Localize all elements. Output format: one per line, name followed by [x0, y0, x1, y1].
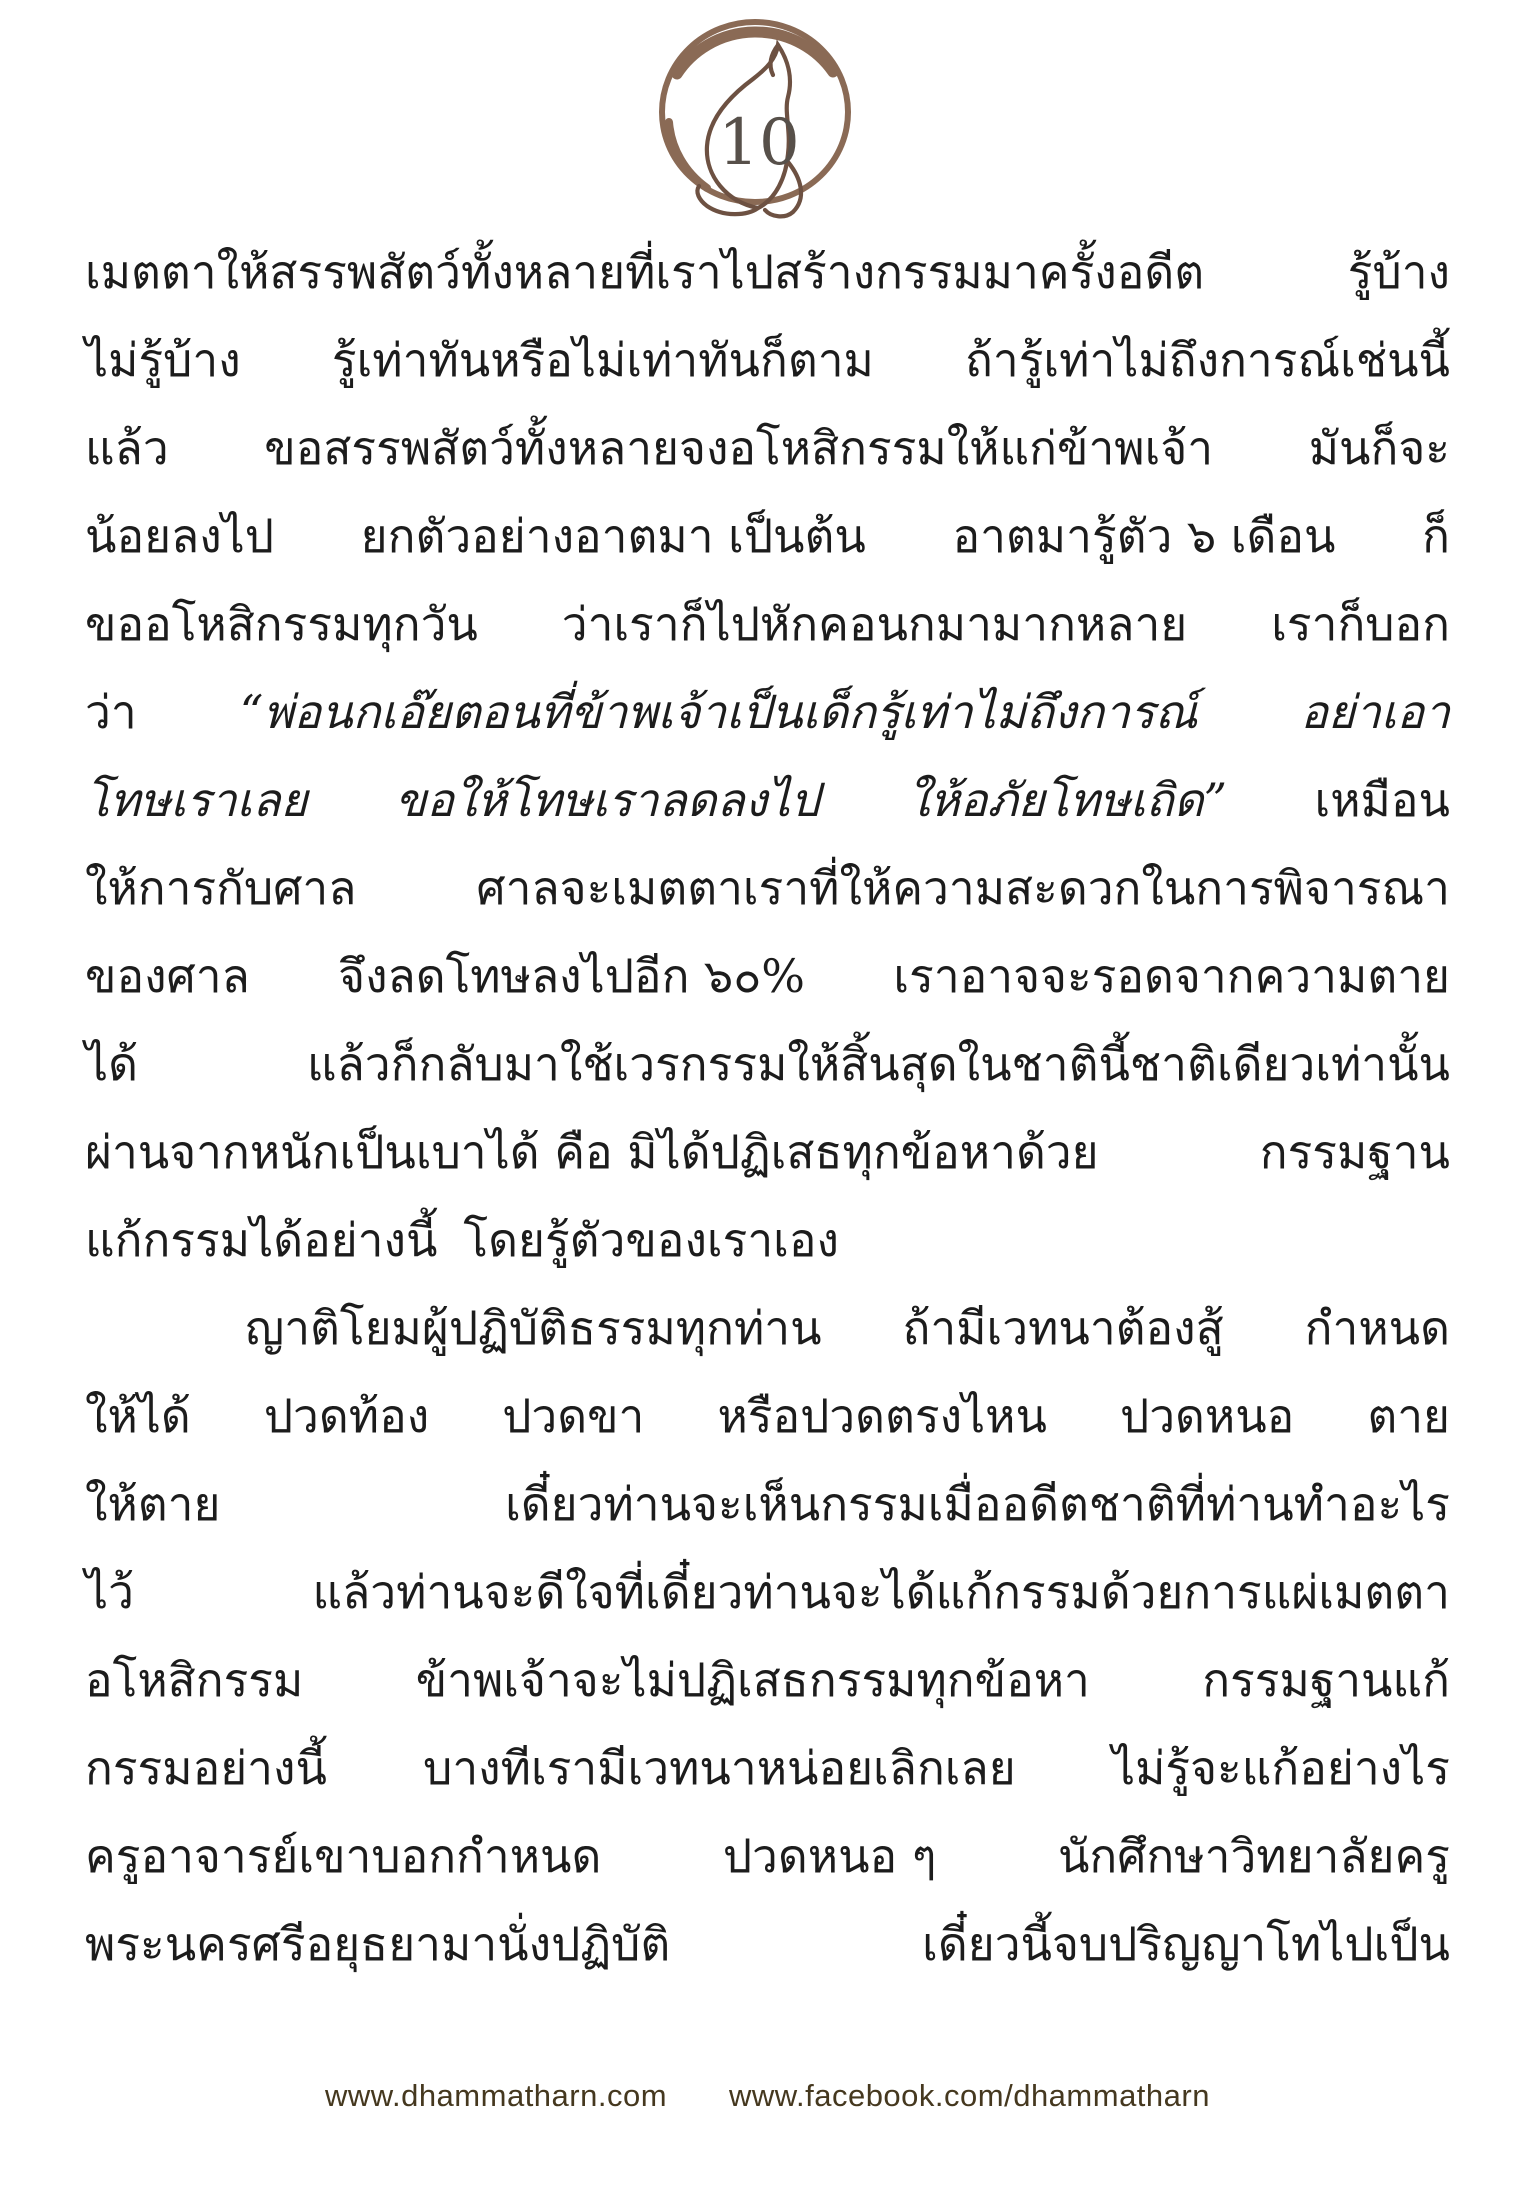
- text-phrase: ให้ตาย: [85, 1460, 220, 1548]
- chapter-logo: 10: [655, 12, 860, 224]
- text-phrase: ปวดหนอ: [1120, 1372, 1294, 1460]
- book-page: 10 เมตตาให้สรรพสัตว์ทั้งหลายที่เราไปสร้า…: [0, 0, 1535, 2185]
- text-phrase: ปวดท้อง: [264, 1372, 429, 1460]
- text-line: ของศาลจึงลดโทษลงไปอีก ๖๐%เราอาจจะรอดจากค…: [85, 932, 1450, 1020]
- text-phrase: อย่าเอา: [1300, 668, 1450, 756]
- text-phrase: เดี๋ยวท่านจะเห็นกรรมเมื่ออดีตชาติที่ท่าน…: [505, 1460, 1450, 1548]
- leaf-circle-icon: 10: [655, 12, 860, 224]
- text-phrase: เราก็บอก: [1271, 580, 1450, 668]
- text-phrase: ว่า: [85, 668, 137, 756]
- text-line: แก้กรรมได้อย่างนี้โดยรู้ตัวของเราเอง: [85, 1196, 1450, 1284]
- text-phrase: ไม่รู้บ้าง: [85, 316, 241, 404]
- text-line: น้อยลงไปยกตัวอย่างอาตมา เป็นต้นอาตมารู้ต…: [85, 492, 1450, 580]
- text-line: โทษเราเลยขอให้โทษเราลดลงไปให้อภัยโทษเถิด…: [85, 756, 1450, 844]
- footer: www.dhammatharn.com www.facebook.com/dha…: [0, 2078, 1535, 2114]
- text-phrase: ตาย: [1367, 1372, 1450, 1460]
- text-line: อโหสิกรรมข้าพเจ้าจะไม่ปฏิเสธกรรมทุกข้อหา…: [85, 1636, 1450, 1724]
- facebook-url: www.facebook.com/dhammatharn: [729, 2078, 1210, 2114]
- text-phrase: ขออโหสิกรรมทุกวัน: [85, 580, 478, 668]
- text-line: แล้วขอสรรพสัตว์ทั้งหลายจงอโหสิกรรมให้แก่…: [85, 404, 1450, 492]
- text-phrase: กรรมฐานแก้: [1202, 1636, 1450, 1724]
- text-phrase: แล้ว: [85, 404, 169, 492]
- text-phrase: ของศาล: [85, 932, 250, 1020]
- text-phrase: กำหนด: [1305, 1284, 1450, 1372]
- text-line: ครูอาจารย์เขาบอกกำหนดปวดหนอ ๆนักศึกษาวิท…: [85, 1812, 1450, 1900]
- text-phrase: ขอให้โทษเราลดลงไป: [395, 756, 820, 844]
- text-phrase: แล้วท่านจะดีใจที่เดี๋ยวท่านจะได้แก้กรรมด…: [312, 1548, 1450, 1636]
- page-number: 10: [718, 106, 799, 180]
- text-line: ญาติโยมผู้ปฏิบัติธรรมทุกท่านถ้ามีเวทนาต้…: [85, 1284, 1450, 1372]
- text-phrase: เหมือน: [1315, 756, 1450, 844]
- text-phrase: ให้การกับศาล: [85, 844, 356, 932]
- text-line: ไม่รู้บ้างรู้เท่าทันหรือไม่เท่าทันก็ตามถ…: [85, 316, 1450, 404]
- text-phrase: “พ่อนกเอ๊ยตอนที่ข้าพเจ้าเป็นเด็กรู้เท่าไ…: [240, 668, 1198, 756]
- text-line: ว่า“พ่อนกเอ๊ยตอนที่ข้าพเจ้าเป็นเด็กรู้เท…: [85, 668, 1450, 756]
- text-line: ไว้แล้วท่านจะดีใจที่เดี๋ยวท่านจะได้แก้กร…: [85, 1548, 1450, 1636]
- text-phrase: ให้อภัยโทษเถิด”: [907, 756, 1227, 844]
- text-line: ผ่านจากหนักเป็นเบาได้ คือ มิได้ปฏิเสธทุก…: [85, 1108, 1450, 1196]
- text-phrase: กรรมอย่างนี้: [85, 1724, 327, 1812]
- text-phrase: แล้วก็กลับมาใช้เวรกรรมให้สิ้นสุดในชาตินี…: [307, 1020, 1450, 1108]
- text-line: พระนครศรีอยุธยามานั่งปฏิบัติเดี๋ยวนี้จบป…: [85, 1900, 1450, 1988]
- text-phrase: อโหสิกรรม: [85, 1636, 303, 1724]
- body-text: เมตตาให้สรรพสัตว์ทั้งหลายที่เราไปสร้างกร…: [85, 228, 1450, 1988]
- text-phrase: กรรมฐาน: [1260, 1108, 1450, 1196]
- text-line: กรรมอย่างนี้บางทีเรามีเวทนาหน่อยเลิกเลยไ…: [85, 1724, 1450, 1812]
- text-phrase: รู้บ้าง: [1348, 228, 1450, 316]
- text-phrase: ขอสรรพสัตว์ทั้งหลายจงอโหสิกรรมให้แก่ข้าพ…: [264, 404, 1213, 492]
- text-phrase: ก็: [1422, 492, 1450, 580]
- text-phrase: เราอาจจะรอดจากความตาย: [893, 932, 1450, 1020]
- text-phrase: น้อยลงไป: [85, 492, 274, 580]
- text-phrase: พระนครศรีอยุธยามานั่งปฏิบัติ: [85, 1900, 670, 1988]
- text-phrase: ปวดหนอ ๆ: [723, 1812, 937, 1900]
- website-url: www.dhammatharn.com: [325, 2078, 667, 2114]
- text-phrase: ผ่านจากหนักเป็นเบาได้ คือ มิได้ปฏิเสธทุก…: [85, 1108, 1099, 1196]
- text-line: ได้แล้วก็กลับมาใช้เวรกรรมให้สิ้นสุดในชาต…: [85, 1020, 1450, 1108]
- text-phrase: เดี๋ยวนี้จบปริญญาโทไปเป็น: [922, 1900, 1450, 1988]
- text-phrase: ครูอาจารย์เขาบอกกำหนด: [85, 1812, 601, 1900]
- text-phrase: บางทีเรามีเวทนาหน่อยเลิกเลย: [423, 1724, 1016, 1812]
- text-phrase: ถ้ามีเวทนาต้องสู้: [903, 1284, 1224, 1372]
- text-phrase: ศาลจะเมตตาเราที่ให้ความสะดวกในการพิจารณา: [476, 844, 1450, 932]
- text-phrase: จึงลดโทษลงไปอีก ๖๐%: [338, 932, 805, 1020]
- text-line: เมตตาให้สรรพสัตว์ทั้งหลายที่เราไปสร้างกร…: [85, 228, 1450, 316]
- text-phrase: ได้: [85, 1020, 138, 1108]
- text-phrase: โดยรู้ตัวของเราเอง: [463, 1196, 839, 1284]
- text-line: ให้ตายเดี๋ยวท่านจะเห็นกรรมเมื่ออดีตชาติท…: [85, 1460, 1450, 1548]
- text-phrase: รู้เท่าทันหรือไม่เท่าทันก็ตาม: [332, 316, 874, 404]
- text-line: ให้ได้ปวดท้องปวดขาหรือปวดตรงไหนปวดหนอตาย: [85, 1372, 1450, 1460]
- text-phrase: ญาติโยมผู้ปฏิบัติธรรมทุกท่าน: [245, 1284, 822, 1372]
- text-phrase: ให้ได้: [85, 1372, 191, 1460]
- text-phrase: ไม่รู้จะแก้อย่างไร: [1112, 1724, 1450, 1812]
- text-phrase: ยกตัวอย่างอาตมา เป็นต้น: [361, 492, 866, 580]
- text-phrase: เมตตาให้สรรพสัตว์ทั้งหลายที่เราไปสร้างกร…: [85, 228, 1204, 316]
- text-phrase: นักศึกษาวิทยาลัยครู: [1058, 1812, 1450, 1900]
- text-phrase: ปวดขา: [502, 1372, 644, 1460]
- text-phrase: ว่าเราก็ไปหักคอนกมามากหลาย: [562, 580, 1187, 668]
- text-phrase: ข้าพเจ้าจะไม่ปฏิเสธกรรมทุกข้อหา: [416, 1636, 1090, 1724]
- text-phrase: แก้กรรมได้อย่างนี้: [85, 1196, 437, 1284]
- text-phrase: หรือปวดตรงไหน: [717, 1372, 1047, 1460]
- text-phrase: ไว้: [85, 1548, 134, 1636]
- text-line: ให้การกับศาลศาลจะเมตตาเราที่ให้ความสะดวก…: [85, 844, 1450, 932]
- text-phrase: มันก็จะ: [1309, 404, 1450, 492]
- text-line: ขออโหสิกรรมทุกวันว่าเราก็ไปหักคอนกมามากห…: [85, 580, 1450, 668]
- text-phrase: ถ้ารู้เท่าไม่ถึงการณ์เช่นนี้: [965, 316, 1450, 404]
- text-phrase: โทษเราเลย: [85, 756, 307, 844]
- text-phrase: อาตมารู้ตัว ๖ เดือน: [952, 492, 1335, 580]
